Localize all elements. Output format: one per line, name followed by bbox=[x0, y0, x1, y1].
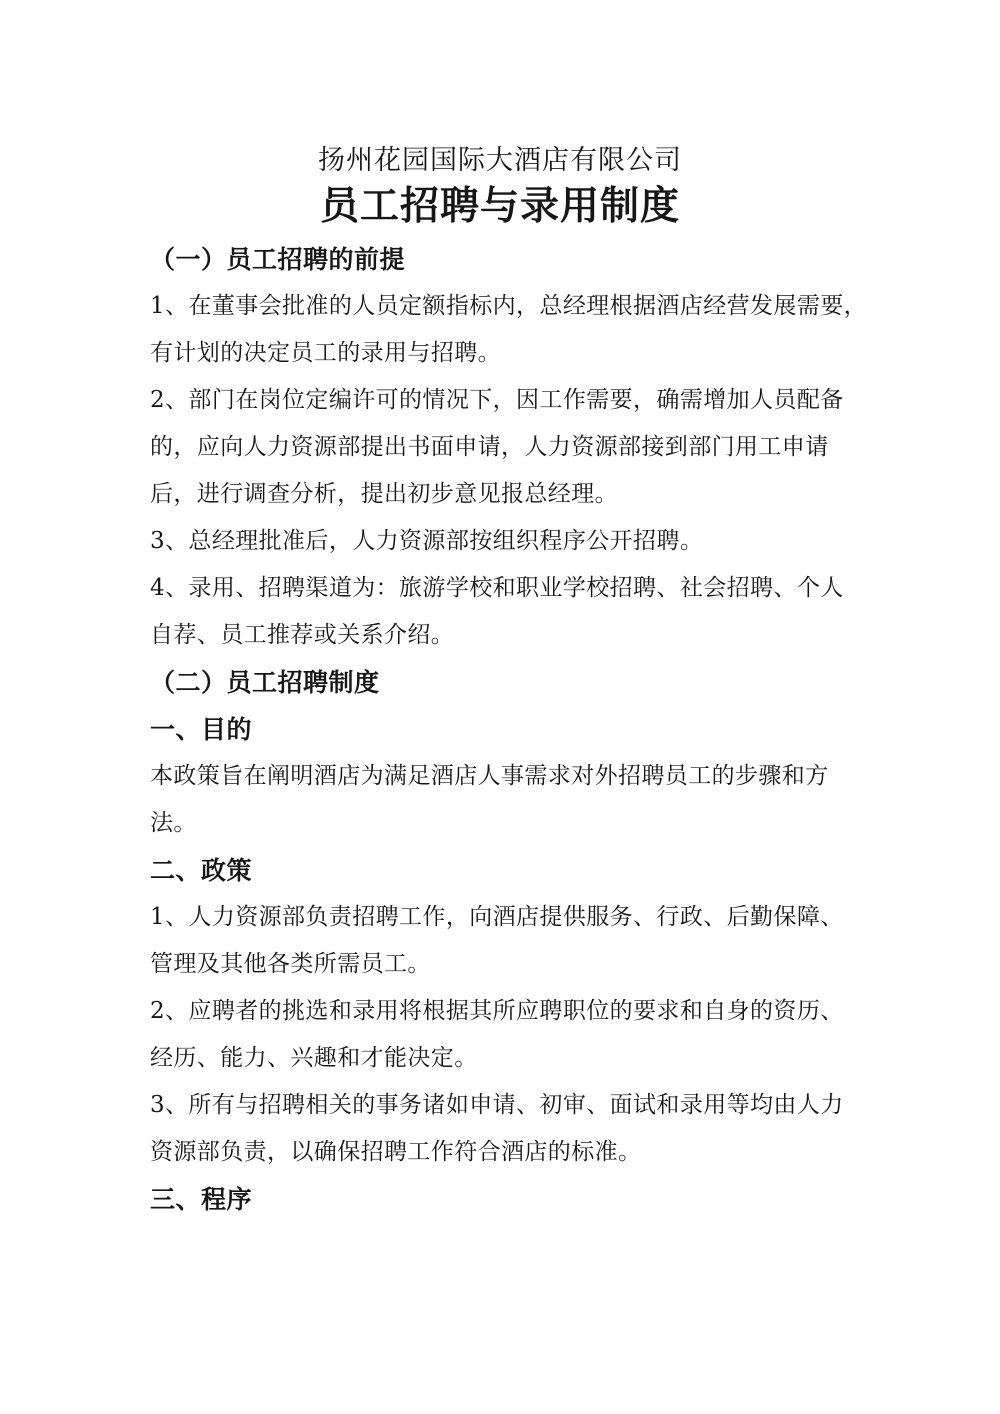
document-page: 扬州花园国际大酒店有限公司 员工招聘与录用制度 （一）员工招聘的前提 1、在董事… bbox=[0, 0, 1000, 1414]
paragraph-line: 有计划的决定员工的录用与招聘。 bbox=[150, 330, 864, 377]
paragraph-line: 2、部门在岗位定编许可的情况下，因工作需要，确需增加人员配备 bbox=[150, 377, 864, 424]
section-heading-2: （二）员工招聘制度 bbox=[150, 659, 864, 706]
paragraph-line: 后，进行调查分析，提出初步意见报总经理。 bbox=[150, 471, 864, 518]
paragraph-line: 1、在董事会批准的人员定额指标内，总经理根据酒店经营发展需要， bbox=[150, 283, 864, 330]
paragraph-line: 法。 bbox=[150, 800, 864, 847]
document-body: （一）员工招聘的前提 1、在董事会批准的人员定额指标内，总经理根据酒店经营发展需… bbox=[150, 236, 864, 1223]
paragraph-line: 自荐、员工推荐或关系介绍。 bbox=[150, 612, 864, 659]
paragraph-line: 经历、能力、兴趣和才能决定。 bbox=[150, 1035, 864, 1082]
paragraph-line: 4、录用、招聘渠道为：旅游学校和职业学校招聘、社会招聘、个人 bbox=[150, 565, 864, 612]
paragraph-line: 本政策旨在阐明酒店为满足酒店人事需求对外招聘员工的步骤和方 bbox=[150, 753, 864, 800]
subsection-purpose: 一、目的 bbox=[150, 706, 864, 753]
paragraph-line: 3、总经理批准后，人力资源部按组织程序公开招聘。 bbox=[150, 518, 864, 565]
paragraph-line: 资源部负责，以确保招聘工作符合酒店的标准。 bbox=[150, 1129, 864, 1176]
company-name: 扬州花园国际大酒店有限公司 bbox=[0, 144, 1000, 178]
section-heading-1: （一）员工招聘的前提 bbox=[150, 236, 864, 283]
document-title: 员工招聘与录用制度 bbox=[0, 178, 1000, 236]
subsection-policy: 二、政策 bbox=[150, 847, 864, 894]
paragraph-line: 管理及其他各类所需员工。 bbox=[150, 941, 864, 988]
paragraph-line: 的，应向人力资源部提出书面申请，人力资源部接到部门用工申请 bbox=[150, 424, 864, 471]
paragraph-line: 1、人力资源部负责招聘工作，向酒店提供服务、行政、后勤保障、 bbox=[150, 894, 864, 941]
paragraph-line: 2、应聘者的挑选和录用将根据其所应聘职位的要求和自身的资历、 bbox=[150, 988, 864, 1035]
subsection-procedure: 三、程序 bbox=[150, 1176, 864, 1223]
paragraph-line: 3、所有与招聘相关的事务诸如申请、初审、面试和录用等均由人力 bbox=[150, 1082, 864, 1129]
